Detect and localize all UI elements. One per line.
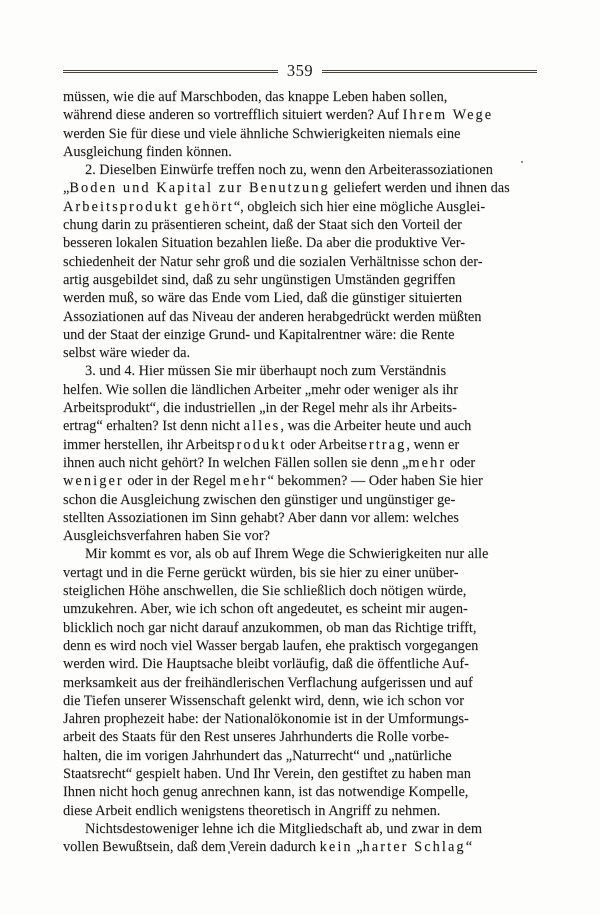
text-line: werden Sie für diese und viele ähnliche … — [63, 125, 537, 143]
text-line: stellten Assoziationen im Sinn gehabt? A… — [63, 509, 537, 527]
text-line: selbst wäre wieder da. — [63, 344, 537, 362]
text-line: und der Staat der einzige Grund- und Kap… — [63, 326, 537, 344]
text-segment: Ausgleichung finden können. — [63, 144, 232, 160]
text-segment: “ bekommen? — Oder haben Sie hier — [268, 473, 483, 489]
page-number: 359 — [287, 62, 313, 80]
text-segment: vollen Bewußtsein, daß dem Verein dadurc… — [63, 839, 320, 855]
header-rule-right — [322, 70, 537, 73]
text-segment: und der Staat der einzige Grund- und Kap… — [63, 327, 454, 343]
text-line: werden wird. Die Hauptsache bleibt vorlä… — [63, 655, 537, 673]
book-page: 359 müssen, wie die auf Marschboden, das… — [0, 0, 600, 915]
text-segment: selbst wäre wieder da. — [63, 345, 190, 361]
page-text: müssen, wie die auf Marschboden, das kna… — [63, 88, 537, 856]
text-line: 3. und 4. Hier müssen Sie mir überhaupt … — [63, 362, 537, 380]
text-segment: besseren lokalen Situation bezahlen ließ… — [63, 235, 465, 251]
scan-speck — [521, 161, 523, 163]
text-segment: denn es wird noch viel Wasser bergab lau… — [63, 638, 478, 654]
text-segment: , wenn er — [406, 437, 459, 453]
text-line: „Boden und Kapital zur Benutzung geliefe… — [63, 179, 537, 197]
header-rule-left — [63, 70, 278, 73]
text-line: Assoziationen auf das Niveau der anderen… — [63, 308, 537, 326]
text-segment: die Tiefen unserer Wissenschaft gelenkt … — [63, 693, 464, 709]
text-line: weniger oder in der Regel mehr“ bekommen… — [63, 472, 537, 490]
text-line: schiedenheit der Natur sehr groß und die… — [63, 253, 537, 271]
text-segment: Ausgleichsverfahren haben Sie vor? — [63, 528, 270, 544]
text-line: besseren lokalen Situation bezahlen ließ… — [63, 234, 537, 252]
text-line: ihnen auch nicht gehört? In welchen Fäll… — [63, 454, 537, 472]
emphasized-text: Boden und Kapital zur Benutzung — [69, 180, 329, 196]
text-segment: Arbeitsprodukt“, die industriellen „in d… — [63, 400, 457, 416]
text-segment: Staatsrecht“ gespielt haben. Und Ihr Ver… — [63, 766, 471, 782]
emphasized-text: harter Schlag — [363, 839, 466, 855]
emphasized-text: produkt — [227, 437, 286, 453]
text-line: umzukehren. Aber, wie ich schon oft ange… — [63, 600, 537, 618]
text-line: denn es wird noch viel Wasser bergab lau… — [63, 637, 537, 655]
text-line: Ausgleichsverfahren haben Sie vor? — [63, 527, 537, 545]
text-line: artig ausgebildet sind, daß zu sehr ungü… — [63, 271, 537, 289]
text-segment: ihnen auch nicht gehört? In welchen Fäll… — [63, 455, 408, 471]
text-segment: 2. Dieselben Einwürfe treffen noch zu, w… — [85, 162, 493, 178]
text-segment: oder in der Regel — [124, 473, 230, 489]
text-segment: “ — [466, 839, 472, 855]
text-line: helfen. Wie sollen die ländlichen Arbeit… — [63, 381, 537, 399]
text-segment: schon die Ausgleichung zwischen den güns… — [63, 492, 455, 508]
text-line: diese Arbeit endlich wenigstens theoreti… — [63, 802, 537, 820]
text-line: halten, die im vorigen Jahrhundert das „… — [63, 747, 537, 765]
text-segment: ertrag“ erhalten? Ist denn nicht — [63, 418, 244, 434]
text-line: Nichtsdestoweniger lehne ich die Mitglie… — [63, 820, 537, 838]
emphasized-text: Ihrem Wege — [403, 107, 494, 123]
text-line: blicklich noch gar nicht darauf anzukomm… — [63, 619, 537, 637]
text-segment: Nichtsdestoweniger lehne ich die Mitglie… — [85, 821, 482, 837]
text-segment: schiedenheit der Natur sehr groß und die… — [63, 254, 483, 270]
text-line: Ihnen nicht hoch genug anrechnen kann, i… — [63, 783, 537, 801]
text-line: Jahren prophezeit habe: der Nationalökon… — [63, 710, 537, 728]
text-line: Staatsrecht“ gespielt haben. Und Ihr Ver… — [63, 765, 537, 783]
text-segment: müssen, wie die auf Marschboden, das kna… — [63, 89, 447, 105]
text-segment: vertagt und in die Ferne gerückt würden,… — [63, 565, 459, 581]
scan-speck — [228, 851, 230, 854]
text-segment: merksamkeit aus der freihändlerischen Ve… — [63, 675, 473, 691]
text-line: vertagt und in die Ferne gerückt würden,… — [63, 564, 537, 582]
emphasized-text: Arbeitsprodukt gehört — [63, 199, 234, 215]
text-segment: immer herstellen, ihr Arbeits — [63, 437, 227, 453]
emphasized-text: ertrag — [360, 437, 406, 453]
text-line: merksamkeit aus der freihändlerischen Ve… — [63, 674, 537, 692]
text-segment: arbeit des Staats für den Rest unseres J… — [63, 729, 449, 745]
text-segment: „ — [353, 839, 363, 855]
text-segment: Assoziationen auf das Niveau der anderen… — [63, 309, 481, 325]
emphasized-text: alles — [244, 418, 281, 434]
text-segment: stellten Assoziationen im Sinn gehabt? A… — [63, 510, 459, 526]
text-segment: werden muß, so wäre das Ende vom Lied, d… — [63, 290, 462, 306]
page-header: 359 — [63, 62, 537, 80]
text-segment: Mir kommt es vor, als ob auf Ihrem Wege … — [85, 546, 488, 562]
emphasized-text: mehr — [408, 455, 446, 471]
text-segment: chung darin zu präsentieren scheint, daß… — [63, 217, 462, 233]
text-segment: während diese anderen so vortrefflich si… — [63, 107, 403, 123]
text-line: werden muß, so wäre das Ende vom Lied, d… — [63, 289, 537, 307]
text-line: immer herstellen, ihr Arbeitsprodukt ode… — [63, 436, 537, 454]
text-segment: Jahren prophezeit habe: der Nationalökon… — [63, 711, 469, 727]
text-segment: werden wird. Die Hauptsache bleibt vorlä… — [63, 656, 469, 672]
text-segment: halten, die im vorigen Jahrhundert das „… — [63, 748, 452, 764]
text-line: müssen, wie die auf Marschboden, das kna… — [63, 88, 537, 106]
text-line: vollen Bewußtsein, daß dem Verein dadurc… — [63, 838, 537, 856]
text-line: arbeit des Staats für den Rest unseres J… — [63, 728, 537, 746]
emphasized-text: weniger — [63, 473, 124, 489]
text-line: schon die Ausgleichung zwischen den güns… — [63, 491, 537, 509]
text-line: Arbeitsprodukt gehört“, obgleich sich hi… — [63, 198, 537, 216]
text-segment: 3. und 4. Hier müssen Sie mir überhaupt … — [85, 363, 446, 379]
text-line: 2. Dieselben Einwürfe treffen noch zu, w… — [63, 161, 537, 179]
text-line: ertrag“ erhalten? Ist denn nicht alles, … — [63, 417, 537, 435]
text-segment: artig ausgebildet sind, daß zu sehr ungü… — [63, 272, 455, 288]
emphasized-text: mehr — [230, 473, 268, 489]
text-segment: , was die Arbeiter heute und auch — [280, 418, 471, 434]
text-line: die Tiefen unserer Wissenschaft gelenkt … — [63, 692, 537, 710]
text-segment: umzukehren. Aber, wie ich schon oft ange… — [63, 601, 468, 617]
text-segment: Ihnen nicht hoch genug anrechnen kann, i… — [63, 784, 468, 800]
text-segment: “, obgleich sich hier eine mögliche Ausg… — [234, 199, 485, 215]
text-segment: blicklich noch gar nicht darauf anzukomm… — [63, 620, 476, 636]
text-segment: helfen. Wie sollen die ländlichen Arbeit… — [63, 382, 458, 398]
text-line: steiglichen Höhe anschwellen, die Sie sc… — [63, 582, 537, 600]
text-line: Ausgleichung finden können. — [63, 143, 537, 161]
text-line: chung darin zu präsentieren scheint, daß… — [63, 216, 537, 234]
text-segment: oder — [446, 455, 475, 471]
text-segment: diese Arbeit endlich wenigstens theoreti… — [63, 803, 440, 819]
text-line: Arbeitsprodukt“, die industriellen „in d… — [63, 399, 537, 417]
emphasized-text: kein — [320, 839, 353, 855]
text-segment: oder Arbeits — [287, 437, 361, 453]
text-segment: steiglichen Höhe anschwellen, die Sie sc… — [63, 583, 466, 599]
text-segment: geliefert werden und ihnen das — [330, 180, 510, 196]
text-line: Mir kommt es vor, als ob auf Ihrem Wege … — [63, 545, 537, 563]
text-segment: werden Sie für diese und viele ähnliche … — [63, 126, 460, 142]
text-line: während diese anderen so vortrefflich si… — [63, 106, 537, 124]
